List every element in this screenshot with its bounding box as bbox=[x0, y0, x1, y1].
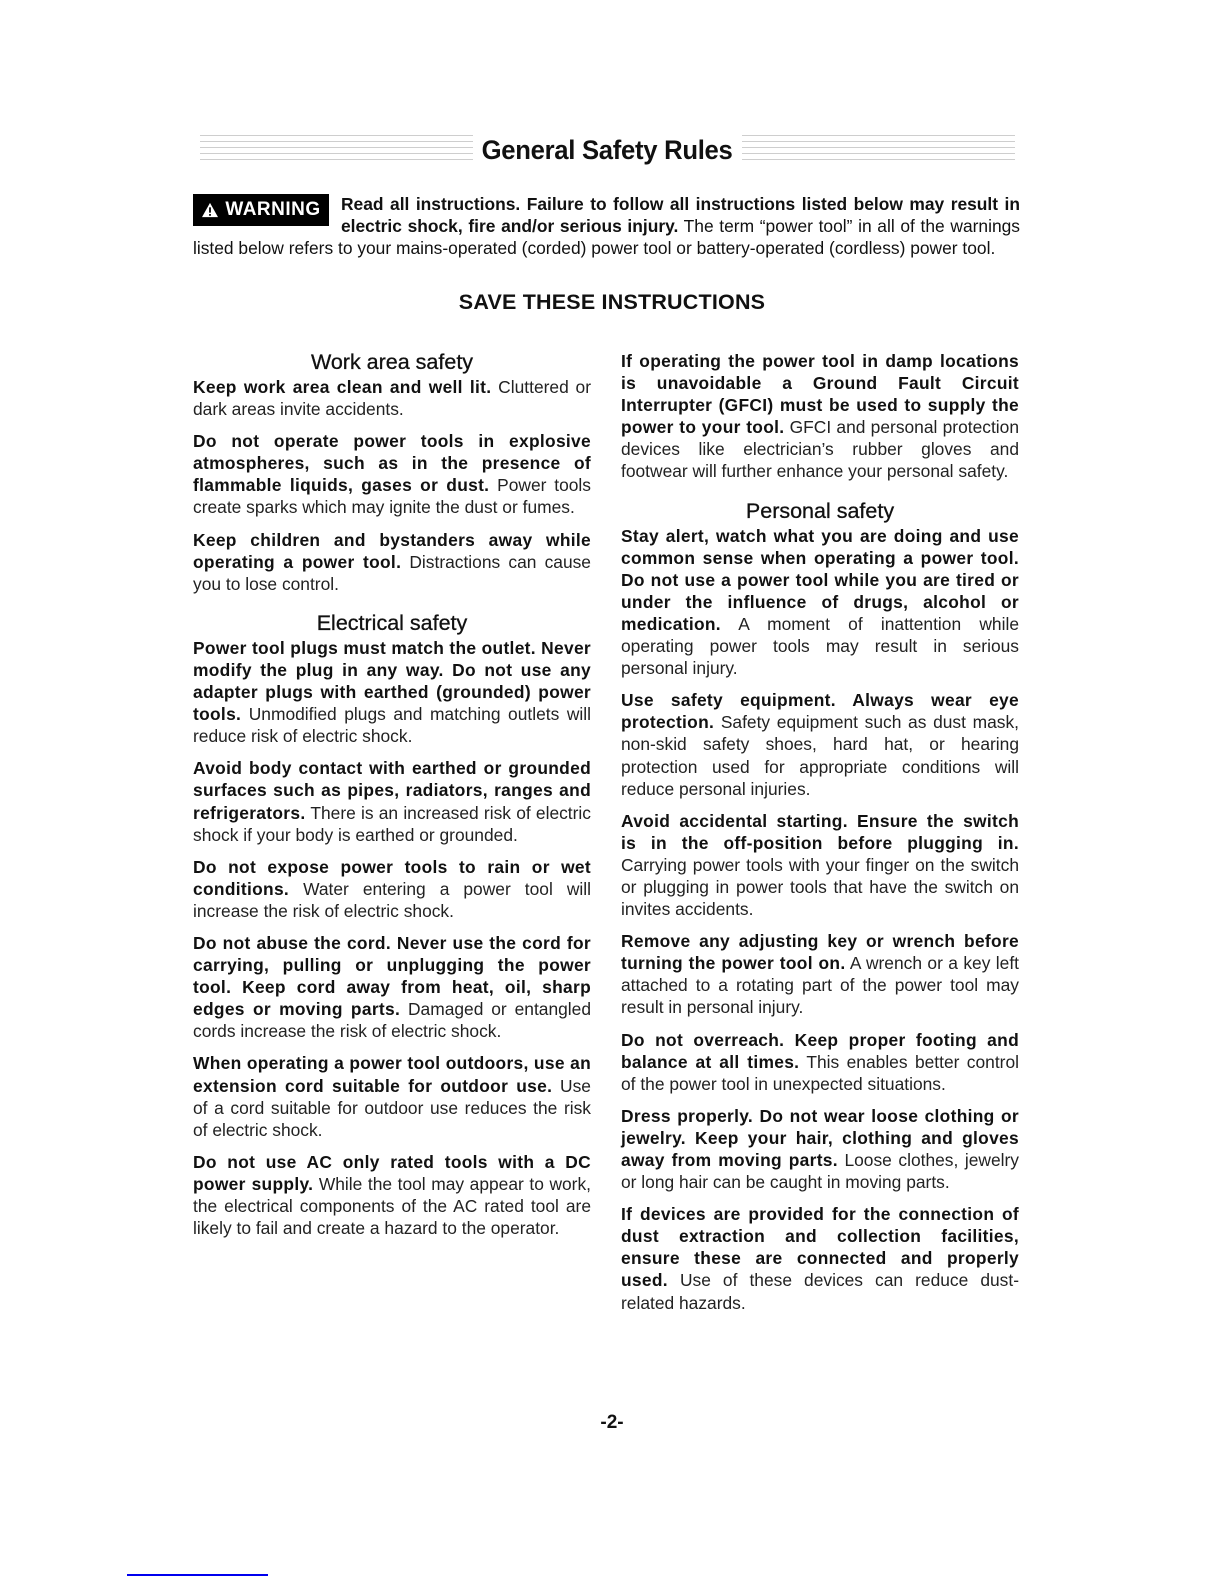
warning-badge-label: WARNING bbox=[225, 199, 320, 221]
rule-item: Dress properly. Do not wear loose clothi… bbox=[621, 1105, 1019, 1193]
rule-text: Carrying power tools with your finger on… bbox=[621, 855, 1019, 919]
rule-bold: Avoid accidental starting. Ensure the sw… bbox=[621, 811, 1019, 853]
rule-item: Keep work area clean and well lit. Clutt… bbox=[193, 376, 591, 420]
rule-item: Do not expose power tools to rain or wet… bbox=[193, 856, 591, 922]
page-title-band: General Safety Rules bbox=[200, 128, 1015, 172]
rule-text: Unmodified plugs and matching outlets wi… bbox=[193, 704, 591, 746]
rule-item: Stay alert, watch what you are doing and… bbox=[621, 525, 1019, 680]
rule-item: Remove any adjusting key or wrench befor… bbox=[621, 930, 1019, 1018]
warning-badge: WARNING bbox=[193, 194, 329, 226]
warning-triangle-icon bbox=[201, 202, 219, 218]
left-column: Work area safety Keep work area clean an… bbox=[193, 348, 591, 1249]
rule-item: Do not use AC only rated tools with a DC… bbox=[193, 1151, 591, 1239]
rule-item: Power tool plugs must match the outlet. … bbox=[193, 637, 591, 747]
rule-item: Keep children and bystanders away while … bbox=[193, 529, 591, 595]
rule-item: If devices are provided for the connecti… bbox=[621, 1203, 1019, 1313]
rule-bold: Keep work area clean and well lit. bbox=[193, 377, 491, 397]
rule-text: Use of these devices can reduce dust-rel… bbox=[621, 1270, 1019, 1312]
rule-item: If operating the power tool in damp loca… bbox=[621, 350, 1019, 483]
page-number: -2- bbox=[0, 1412, 1224, 1434]
right-column: If operating the power tool in damp loca… bbox=[621, 350, 1019, 1324]
rule-bold: When operating a power tool outdoors, us… bbox=[193, 1053, 591, 1095]
rule-item: When operating a power tool outdoors, us… bbox=[193, 1052, 591, 1140]
rule-item: Do not overreach. Keep proper footing an… bbox=[621, 1029, 1019, 1095]
rule-item: Avoid body contact with earthed or groun… bbox=[193, 757, 591, 845]
section-heading-work-area: Work area safety bbox=[193, 348, 591, 376]
footer-link-underline bbox=[127, 1574, 268, 1576]
rule-item: Do not abuse the cord. Never use the cor… bbox=[193, 932, 591, 1042]
section-heading-personal: Personal safety bbox=[621, 497, 1019, 525]
rule-item: Avoid accidental starting. Ensure the sw… bbox=[621, 810, 1019, 920]
section-heading-electrical: Electrical safety bbox=[193, 609, 591, 637]
page-title: General Safety Rules bbox=[482, 135, 733, 166]
rule-item: Do not operate power tools in explosive … bbox=[193, 430, 591, 518]
save-instructions-heading: SAVE THESE INSTRUCTIONS bbox=[0, 290, 1224, 315]
rule-item: Use safety equipment. Always wear eye pr… bbox=[621, 689, 1019, 799]
warning-intro: WARNING Read all instructions. Failure t… bbox=[193, 193, 1020, 260]
